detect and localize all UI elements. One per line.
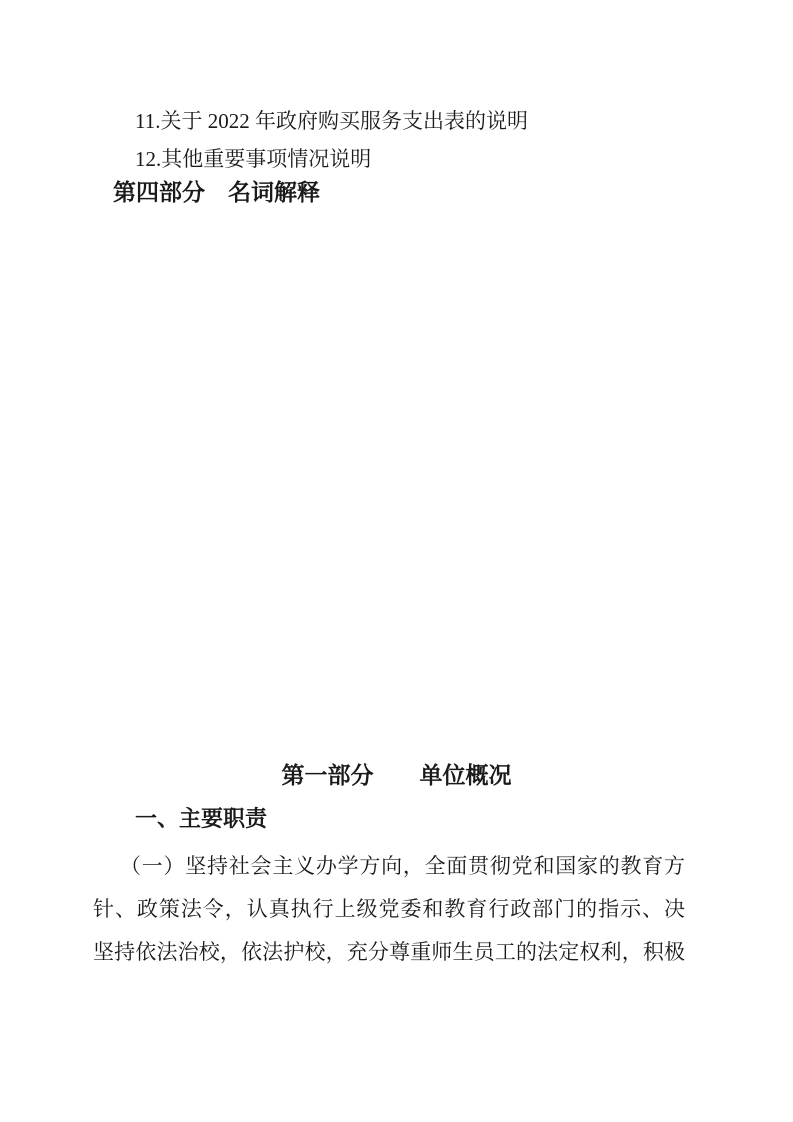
part1-title: 第一部分 单位概况 — [0, 762, 793, 790]
toc-section4-heading: 第四部分 名词解释 — [113, 180, 320, 205]
part1-paragraph: （一）坚持社会主义办学方向，全面贯彻党和国家的教育方 针、政策法令，认真执行上级… — [93, 845, 685, 974]
document-page: 11.关于 2022 年政府购买服务支出表的说明 12.其他重要事项情况说明 第… — [0, 0, 793, 1122]
paragraph-line: 坚持依法治校，依法护校，充分尊重师生员工的法定权利，积极 — [93, 931, 685, 974]
part1-main-duties-heading: 一、主要职责 — [135, 806, 267, 832]
toc-item-11: 11.关于 2022 年政府购买服务支出表的说明 — [135, 110, 528, 133]
paragraph-line: 针、政策法令，认真执行上级党委和教育行政部门的指示、决定， — [93, 888, 685, 931]
paragraph-line: （一）坚持社会主义办学方向，全面贯彻党和国家的教育方 — [93, 845, 685, 888]
toc-item-12: 12.其他重要事项情况说明 — [135, 148, 371, 171]
